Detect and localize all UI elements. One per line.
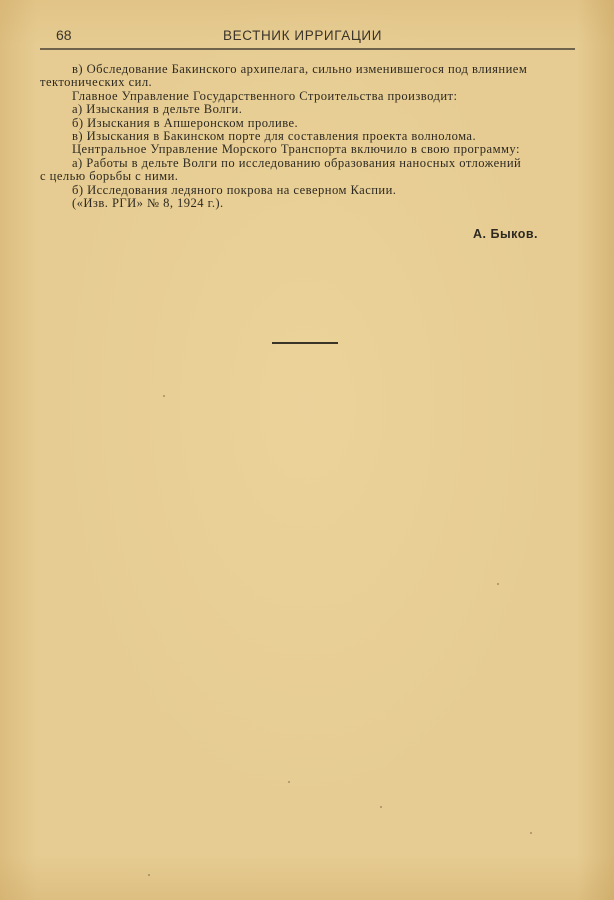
text-line: б) Изыскания в Апшеронском проливе. [40, 117, 576, 130]
text-line: тектонических сил. [40, 76, 576, 89]
text-line: в) Обследование Бакинского архипелага, с… [40, 63, 576, 76]
article-body: в) Обследование Бакинского архипелага, с… [40, 63, 576, 210]
paper-speck [380, 806, 382, 808]
text-line: в) Изыскания в Бакинском порте для соста… [40, 130, 576, 143]
text-line: а) Изыскания в дельте Волги. [40, 103, 576, 116]
page-header: 68 ВЕСТНИК ИРРИГАЦИИ [40, 24, 575, 48]
paper-speck [288, 781, 290, 783]
page-number: 68 [56, 27, 72, 43]
text-line: б) Исследования ледяного покрова на севе… [40, 184, 576, 197]
paper-speck [148, 874, 150, 876]
text-line: а) Работы в дельте Волги по исследованию… [40, 157, 576, 170]
document-page: 68 ВЕСТНИК ИРРИГАЦИИ в) Обследование Бак… [0, 0, 614, 900]
paper-speck [530, 832, 532, 834]
running-title: ВЕСТНИК ИРРИГАЦИИ [223, 28, 382, 43]
author-signature: А. Быков. [473, 227, 538, 241]
end-of-article-rule [272, 342, 338, 344]
text-line: Центральное Управление Морского Транспор… [40, 143, 576, 156]
paper-speck [163, 395, 165, 397]
text-line: Главное Управление Государственного Стро… [40, 90, 576, 103]
header-rule [40, 48, 575, 50]
text-line: с целью борьбы с ними. [40, 170, 576, 183]
paper-speck [497, 583, 499, 585]
citation-line: («Изв. РГИ» № 8, 1924 г.). [40, 197, 576, 210]
